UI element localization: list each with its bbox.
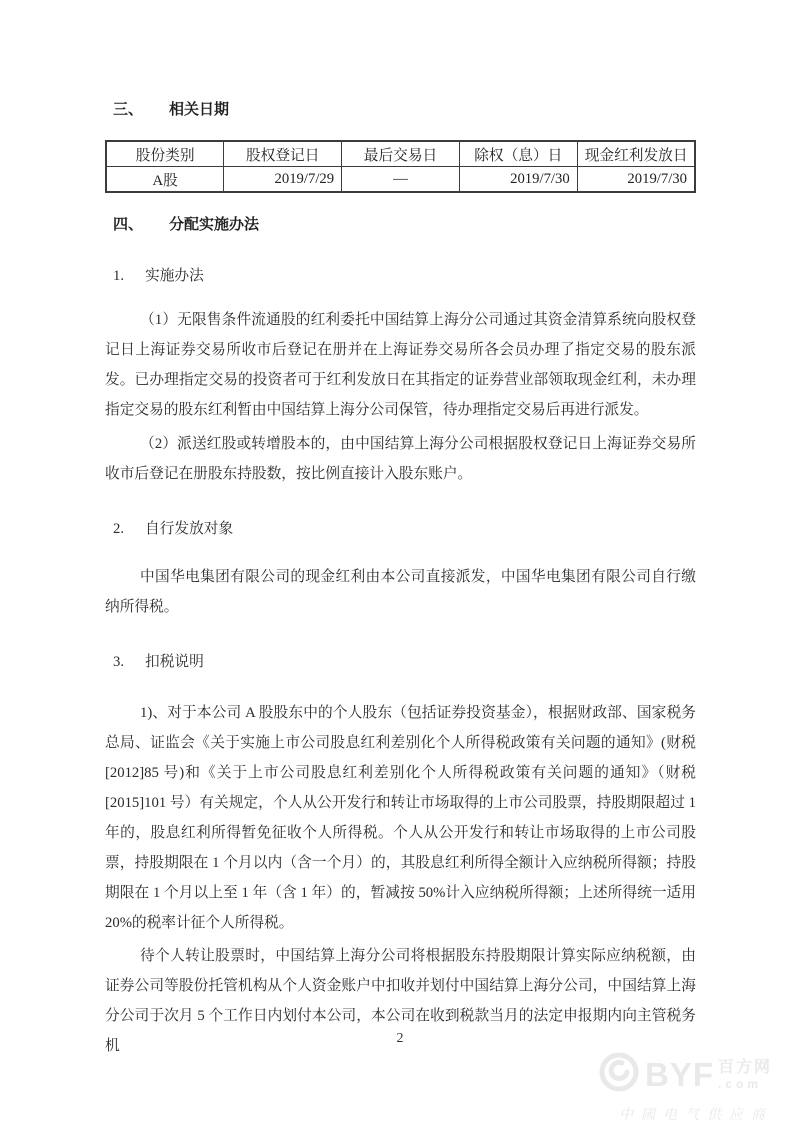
byf-watermark-logo-row: BYF 百方网 .com — [598, 1051, 794, 1098]
section-title: 相关日期 — [169, 102, 229, 118]
dividend-dates-table: 股份类别 股权登记日 最后交易日 除权（息）日 现金红利发放日 A股 2019/… — [105, 140, 696, 193]
section-number: 四、 — [113, 213, 143, 234]
byf-watermark: BYF 百方网 .com 中國电气供应商 — [598, 1051, 794, 1124]
cell-ex-dividend-date: 2019/7/30 — [459, 167, 577, 193]
byf-logo-icon — [598, 1051, 640, 1098]
item-number: 3. — [113, 654, 124, 671]
item-number: 2. — [113, 521, 124, 538]
item-title: 自行发放对象 — [145, 521, 233, 537]
item-title: 实施办法 — [145, 268, 204, 284]
paragraph-tax-notes-1: 1)、对于本公司 A 股股东中的个人股东（包括证券投资基金），根据财政部、国家税… — [105, 698, 696, 938]
table-row: A股 2019/7/29 — 2019/7/30 2019/7/30 — [106, 167, 695, 193]
paragraph-implementation-1: （1）无限售条件流通股的红利委托中国结算上海分公司通过其资金清算系统向股权登记日… — [105, 305, 696, 425]
header-record-date: 股权登记日 — [224, 141, 342, 167]
header-cash-dividend-payment-date: 现金红利发放日 — [577, 141, 695, 167]
section-heading-distribution-method: 四、分配实施办法 — [113, 213, 259, 234]
section-number: 三、 — [113, 98, 143, 119]
byf-logo-text: BYF — [645, 1058, 714, 1091]
item-heading-implementation-method: 1.实施办法 — [113, 264, 204, 285]
item-heading-tax-withholding-notes: 3.扣税说明 — [113, 650, 204, 671]
cell-cash-dividend-payment-date: 2019/7/30 — [577, 167, 695, 193]
header-last-trading-date: 最后交易日 — [342, 141, 460, 167]
item-number: 1. — [113, 268, 124, 285]
document-page: 三、相关日期 股份类别 股权登记日 最后交易日 除权（息）日 现金红利发放日 A… — [0, 0, 800, 1130]
byf-tagline: 中國电气供应商 — [598, 1104, 794, 1124]
header-ex-dividend-date: 除权（息）日 — [459, 141, 577, 167]
baifang-label: 百方网 — [718, 1060, 772, 1076]
table-header-row: 股份类别 股权登记日 最后交易日 除权（息）日 现金红利发放日 — [106, 141, 695, 167]
section-title: 分配实施办法 — [169, 217, 259, 233]
section-heading-related-dates: 三、相关日期 — [113, 98, 229, 119]
paragraph-self-distribution: 中国华电集团有限公司的现金红利由本公司直接派发，中国华电集团有限公司自行缴纳所得… — [105, 562, 696, 622]
item-title: 扣税说明 — [145, 654, 204, 670]
paragraph-implementation-2: （2）派送红股或转增股本的，由中国结算上海分公司根据股权登记日上海证券交易所收市… — [105, 429, 696, 489]
header-share-class: 股份类别 — [106, 141, 224, 167]
cell-share-class: A股 — [106, 167, 224, 193]
page-number: 2 — [0, 1031, 800, 1047]
cell-record-date: 2019/7/29 — [224, 167, 342, 193]
item-heading-self-distribution-target: 2.自行发放对象 — [113, 517, 233, 538]
byf-com-label: .com — [718, 1078, 772, 1090]
cell-last-trading-date: — — [342, 167, 460, 193]
